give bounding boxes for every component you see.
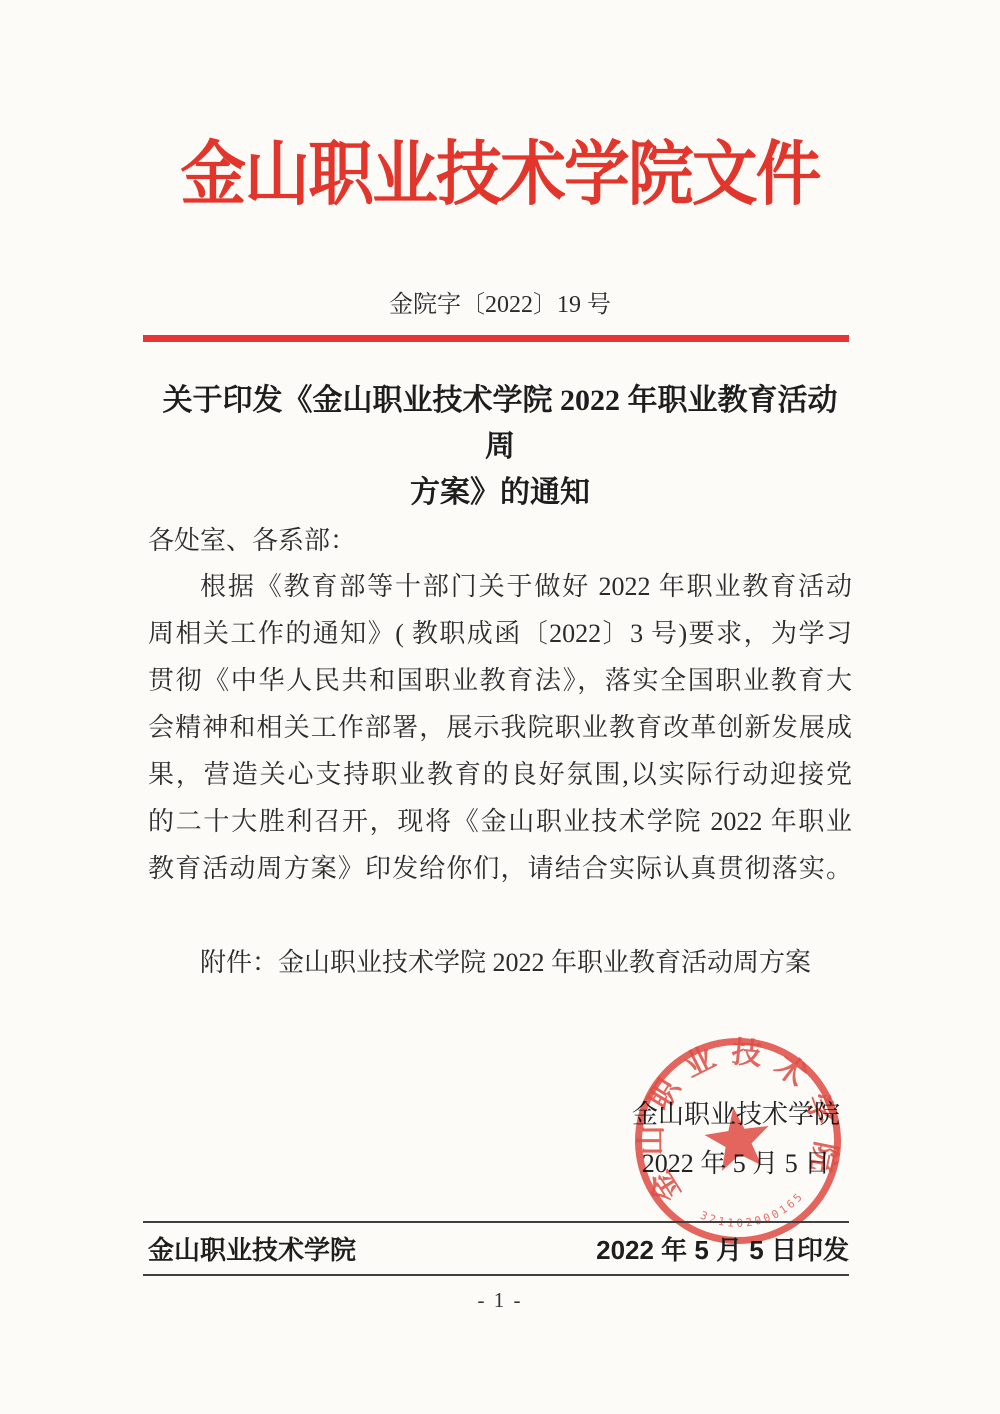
notice-title: 关于印发《金山职业技术学院 2022 年职业教育活动周 方案》的通知	[148, 378, 852, 516]
paragraph-line: 果，营造关心支持职业教育的良好氛围,以实际行动迎接党	[148, 751, 852, 798]
seal-star-icon	[701, 1103, 774, 1173]
footer-issuer: 金山职业技术学院	[143, 1229, 356, 1271]
paragraph-line: 教育活动周方案》印发给你们，请结合实际认真贯彻落实。	[148, 845, 852, 892]
footer-row: 金山职业技术学院 2022 年 5 月 5 日印发	[143, 1229, 849, 1271]
paragraph-line: 的二十大胜利召开，现将《金山职业技术学院 2022 年职业	[148, 798, 852, 845]
page-number: - 1 -	[0, 1288, 1000, 1313]
footer-rule-top	[143, 1221, 849, 1223]
official-seal-stamp: 金山职业技术学院 3211020001651	[617, 1020, 859, 1262]
paragraph-line: 根据《教育部等十部门关于做好 2022 年职业教育活动	[148, 563, 852, 610]
paragraph-line: 周相关工作的通知》( 教职成函〔2022〕3 号)要求，为学习	[148, 610, 852, 657]
document-number: 金院字〔2022〕19 号	[0, 284, 1000, 319]
salutation: 各处室、各系部：	[148, 524, 852, 558]
paragraph-line: 贯彻《中华人民共和国职业教育法》，落实全国职业教育大	[148, 657, 852, 704]
paragraph-line: 会精神和相关工作部署，展示我院职业教育改革创新发展成	[148, 704, 852, 751]
notice-title-line2: 方案》的通知	[148, 470, 852, 516]
letterhead-red-rule	[143, 335, 849, 342]
letterhead-org-title: 金山职业技术学院文件	[30, 126, 970, 226]
document-page: 金山职业技术学院文件 金院字〔2022〕19 号 关于印发《金山职业技术学院 2…	[0, 0, 1000, 1414]
body-paragraph: 根据《教育部等十部门关于做好 2022 年职业教育活动 周相关工作的通知》( 教…	[148, 563, 852, 892]
footer-print-date: 2022 年 5 月 5 日印发	[596, 1229, 849, 1271]
footer-rule-bottom	[143, 1274, 849, 1276]
attachment-line: 附件：金山职业技术学院 2022 年职业教育活动周方案	[148, 946, 852, 980]
notice-title-line1: 关于印发《金山职业技术学院 2022 年职业教育活动周	[148, 378, 852, 470]
